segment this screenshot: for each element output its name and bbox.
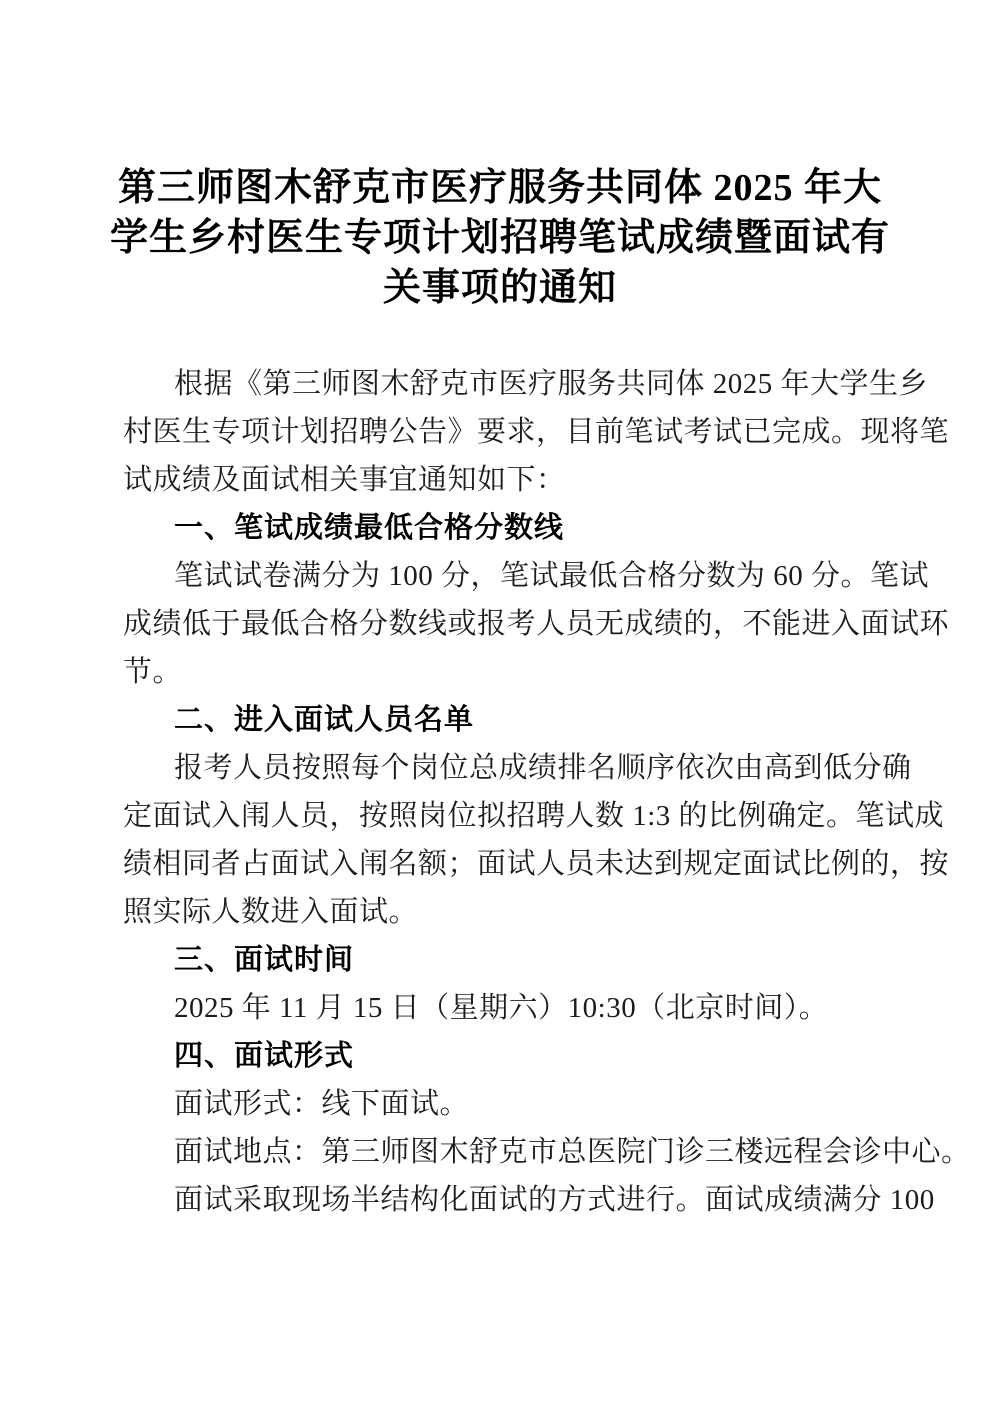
body-line: 2025 年 11 月 15 日（星期六）10:30（北京时间）。 (123, 984, 898, 1032)
section-heading: 二、进入面试人员名单 (123, 696, 898, 744)
body-line: 面试采取现场半结构化面试的方式进行。面试成绩满分 100 (123, 1176, 898, 1224)
body-line: 根据《第三师图木舒克市医疗服务共同体 2025 年大学生乡 (123, 360, 898, 408)
document-body: 根据《第三师图木舒克市医疗服务共同体 2025 年大学生乡村医生专项计划招聘公告… (123, 360, 898, 1224)
body-line: 报考人员按照每个岗位总成绩排名顺序依次由高到低分确 (123, 744, 898, 792)
body-line: 照实际人数进入面试。 (123, 888, 898, 936)
document-page: 第三师图木舒克市医疗服务共同体 2025 年大学生乡村医生专项计划招聘笔试成绩暨… (0, 0, 1000, 1413)
title-line: 学生乡村医生专项计划招聘笔试成绩暨面试有 (60, 213, 940, 263)
section-heading: 三、面试时间 (123, 936, 898, 984)
section-heading: 四、面试形式 (123, 1032, 898, 1080)
body-line: 节。 (123, 648, 898, 696)
body-line: 村医生专项计划招聘公告》要求，目前笔试考试已完成。现将笔 (123, 408, 898, 456)
section-heading: 一、笔试成绩最低合格分数线 (123, 504, 898, 552)
body-line: 绩相同者占面试入闱名额；面试人员未达到规定面试比例的，按 (123, 840, 898, 888)
document-title: 第三师图木舒克市医疗服务共同体 2025 年大学生乡村医生专项计划招聘笔试成绩暨… (60, 163, 940, 313)
title-line: 关事项的通知 (60, 263, 940, 313)
body-line: 试成绩及面试相关事宜通知如下： (123, 456, 898, 504)
body-line: 笔试试卷满分为 100 分，笔试最低合格分数为 60 分。笔试 (123, 552, 898, 600)
body-line: 面试形式：线下面试。 (123, 1080, 898, 1128)
title-line: 第三师图木舒克市医疗服务共同体 2025 年大 (60, 163, 940, 213)
body-line: 面试地点：第三师图木舒克市总医院门诊三楼远程会诊中心。 (123, 1128, 898, 1176)
body-line: 成绩低于最低合格分数线或报考人员无成绩的，不能进入面试环 (123, 600, 898, 648)
body-line: 定面试入闱人员，按照岗位拟招聘人数 1:3 的比例确定。笔试成 (123, 792, 898, 840)
